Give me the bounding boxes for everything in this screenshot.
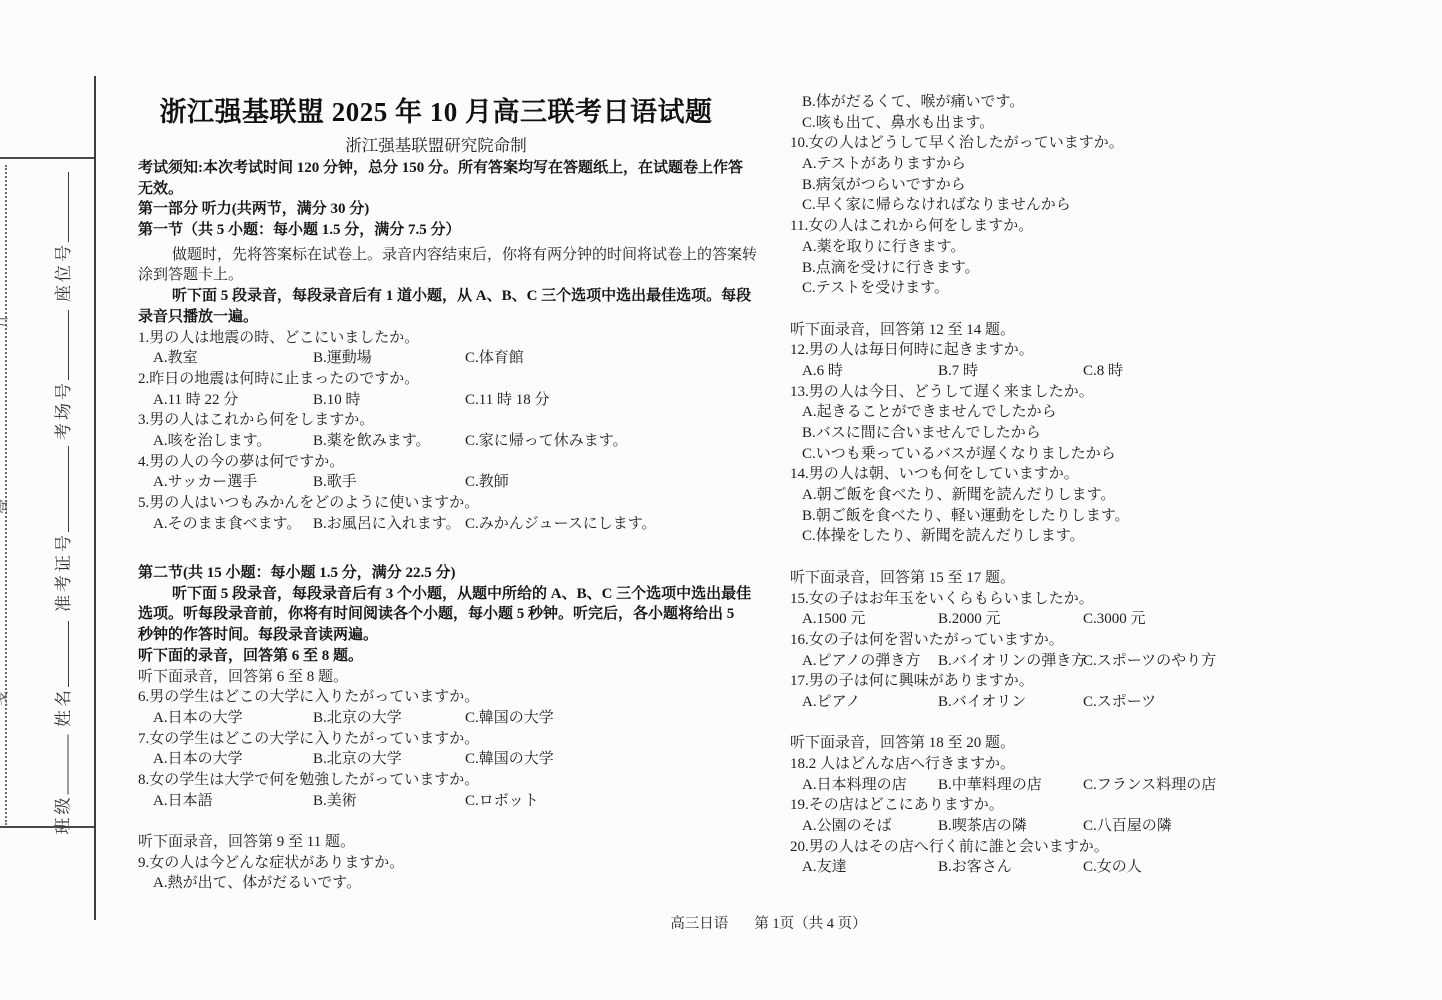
text-line: 听下面录音，回答第 12 至 14 题。 — [790, 320, 1310, 341]
option-row: A.11 時 22 分B.10 時C.11 時 18 分 — [138, 390, 742, 411]
question-line: 10.女の人はどうして早く治したがっていますか。 — [790, 133, 1310, 154]
fill-blank — [53, 621, 69, 687]
option-item: C.女の人 — [1083, 857, 1142, 878]
spacer — [790, 299, 1310, 320]
question-line: 18.2 人はどんな店へ行きますか。 — [790, 754, 1310, 775]
question-line: 15.女の子はお年玉をいくらもらいましたか。 — [790, 589, 1310, 610]
option-row: A.日本の大学B.北京の大学C.韓国の大学 — [138, 749, 742, 770]
question-line: 8.女の学生は大学で何を勉強したがっていますか。 — [138, 770, 742, 791]
seal-edge-fragment: 叠 — [0, 492, 13, 514]
seal-area-bottom-line — [0, 826, 95, 828]
option-line: C.早く家に帰らなければなりませんから — [790, 195, 1310, 216]
option-row: A.日本の大学B.北京の大学C.韓国の大学 — [138, 708, 742, 729]
option-item: C.韓国の大学 — [465, 708, 554, 729]
question-line: 1.男の人は地震の時、どこにいましたか。 — [138, 328, 742, 349]
text-line: 做题时，先将答案标在试卷上。录音内容结束后，你将有两分钟的时间将试卷上的答案转 — [138, 245, 742, 266]
heading-line: 第二节(共 15 小题：每小题 1.5 分，满分 22.5 分) — [138, 563, 742, 584]
option-line: A.朝ご飯を食べたり、新聞を読んだりします。 — [790, 485, 1310, 506]
seal-label-text: 班级 — [54, 795, 73, 835]
question-line: 3.男の人はこれから何をしますか。 — [138, 410, 742, 431]
option-item: B.バイオリンの弾き方 — [938, 651, 1086, 672]
heading-line: 秒钟的作答时间。每段录音读两遍。 — [138, 625, 742, 646]
spacer — [138, 534, 742, 555]
option-item: C.3000 元 — [1083, 609, 1146, 630]
option-item: C.8 時 — [1083, 361, 1123, 382]
option-item: B.北京の大学 — [313, 749, 402, 770]
fill-blank — [53, 735, 69, 795]
option-row: A.咳を治します。B.薬を飲みます。C.家に帰って休みます。 — [138, 431, 742, 452]
spacer — [138, 811, 742, 832]
option-item: C.スポーツ — [1083, 692, 1156, 713]
question-line: 9.女の人は今どんな症状がありますか。 — [138, 853, 742, 874]
text-line: 听下面录音，回答第 15 至 17 题。 — [790, 568, 1310, 589]
option-line: A.テストがありますから — [790, 154, 1310, 175]
option-line: A.起きることができませんでしたから — [790, 402, 1310, 423]
seal-label-room-number: 考场号 — [53, 310, 75, 440]
option-item: A.友達 — [802, 857, 847, 878]
left-column: 考试须知:本次考试时间 120 分钟，总分 150 分。所有答案均写在答题纸上，… — [138, 158, 742, 894]
heading-line: 听下面 5 段录音，每段录音后有 3 个小题，从题中所给的 A、B、C 三个选项… — [138, 584, 742, 605]
question-line: 14.男の人は朝、いつも何をしていますか。 — [790, 464, 1310, 485]
option-item: A.1500 元 — [802, 609, 865, 630]
option-line: B.点滴を受けに行きます。 — [790, 258, 1310, 279]
right-column: B.体がだるくて、喉が痛いです。C.咳も出て、鼻水も出ます。10.女の人はどうし… — [790, 92, 1310, 878]
option-row: A.公園のそばB.喫茶店の隣C.八百屋の隣 — [790, 816, 1310, 837]
seal-edge-fragment: 斤 — [0, 306, 13, 328]
option-line: C.いつも乗っているバスが遅くなりましたから — [790, 444, 1310, 465]
option-item: A.教室 — [153, 348, 198, 369]
option-item: A.そのまま食べます。 — [153, 514, 301, 535]
option-item: A.日本料理の店 — [802, 775, 907, 796]
fill-blank — [53, 310, 69, 380]
option-item: B.薬を飲みます。 — [313, 431, 431, 452]
option-item: C.スポーツのやり方 — [1083, 651, 1216, 672]
option-row: A.ピアノの弾き方B.バイオリンの弾き方C.スポーツのやり方 — [790, 651, 1310, 672]
option-line: C.テストを受けます。 — [790, 278, 1310, 299]
option-item: A.11 時 22 分 — [153, 390, 238, 411]
page-footer: 高三日语第 1页（共 4 页） — [95, 912, 1442, 933]
option-line: B.バスに間に合いませんでしたから — [790, 423, 1310, 444]
option-item: C.韓国の大学 — [465, 749, 554, 770]
spacer — [790, 547, 1310, 568]
question-line: 20.男の人はその店へ行く前に誰と会いますか。 — [790, 837, 1310, 858]
option-item: A.咳を治します。 — [153, 431, 271, 452]
heading-line: 第一节（共 5 小题：每小题 1.5 分，满分 7.5 分） — [138, 220, 742, 241]
option-row: A.1500 元B.2000 元C.3000 元 — [790, 609, 1310, 630]
question-line: 13.男の人は今日、どうして遅く来ましたか。 — [790, 382, 1310, 403]
option-item: B.中華料理の店 — [938, 775, 1042, 796]
option-item: B.7 時 — [938, 361, 978, 382]
option-item: B.お客さん — [938, 857, 1012, 878]
seal-label-admission-ticket-number: 准考证号 — [53, 444, 75, 612]
seal-label-name: 姓名 — [53, 617, 75, 727]
option-item: B.バイオリン — [938, 692, 1026, 713]
option-item: C.教師 — [465, 472, 509, 493]
option-line: B.体がだるくて、喉が痛いです。 — [790, 92, 1310, 113]
option-row: A.友達B.お客さんC.女の人 — [790, 857, 1310, 878]
seal-label-text: 考场号 — [54, 380, 73, 440]
option-item: A.日本の大学 — [153, 708, 243, 729]
heading-line: 听下面 5 段录音，每段录音后有 1 道小题，从 A、B、C 三个选项中选出最佳… — [138, 286, 742, 307]
fill-blank — [53, 446, 69, 532]
option-row: A.6 時B.7 時C.8 時 — [790, 361, 1310, 382]
option-line: C.体操をしたり、新聞を読んだりします。 — [790, 526, 1310, 547]
option-item: A.公園のそば — [802, 816, 892, 837]
option-item: C.みかんジュースにします。 — [465, 514, 657, 535]
seal-label-seat-number: 座位号 — [53, 172, 75, 302]
question-line: 12.男の人は毎日何時に起きますか。 — [790, 340, 1310, 361]
seal-label-text: 姓名 — [54, 687, 73, 727]
option-row: A.そのまま食べます。B.お風呂に入れます。C.みかんジュースにします。 — [138, 514, 742, 535]
option-item: B.北京の大学 — [313, 708, 402, 729]
option-item: C.家に帰って休みます。 — [465, 431, 628, 452]
option-item: B.10 時 — [313, 390, 361, 411]
text-line: 涂到答题卡上。 — [138, 265, 742, 286]
heading-line: 选项。听每段录音前，你将有时间阅读各个小题，每小题 5 秒钟。听完后，各小题将给… — [138, 604, 742, 625]
option-item: C.体育館 — [465, 348, 524, 369]
question-line: 17.男の子は何に興味がありますか。 — [790, 671, 1310, 692]
exam-title: 浙江强基联盟 2025 年 10 月高三联考日语试题 — [130, 90, 742, 129]
option-item: A.サッカー選手 — [153, 472, 257, 493]
option-item: C.11 時 18 分 — [465, 390, 549, 411]
option-item: B.美術 — [313, 791, 357, 812]
option-item: C.八百屋の隣 — [1083, 816, 1172, 837]
option-line: C.咳も出て、鼻水も出ます。 — [790, 113, 1310, 134]
option-row: A.サッカー選手B.歌手C.教師 — [138, 472, 742, 493]
option-line: A.熱が出て、体がだるいです。 — [138, 873, 742, 894]
option-line: B.病気がつらいですから — [790, 175, 1310, 196]
option-item: A.日本語 — [153, 791, 213, 812]
question-line: 19.その店はどこにありますか。 — [790, 795, 1310, 816]
seal-label-text: 准考证号 — [54, 532, 73, 612]
seal-edge-fragment: 戋 — [0, 684, 13, 706]
question-line: 11.女の人はこれから何をしますか。 — [790, 216, 1310, 237]
seal-label-text: 座位号 — [54, 242, 73, 302]
margin-solid-line — [94, 76, 96, 920]
question-line: 5.男の人はいつもみかんをどのように使いますか。 — [138, 493, 742, 514]
heading-line: 录音只播放一遍。 — [138, 307, 742, 328]
option-item: A.日本の大学 — [153, 749, 243, 770]
option-item: A.ピアノ — [802, 692, 860, 713]
exam-paper-page: 座位号 考场号 准考证号 姓名 班级 斤 叠 戋 浙江强基联盟 2025 年 1… — [0, 0, 1442, 1000]
option-row: A.ピアノB.バイオリンC.スポーツ — [790, 692, 1310, 713]
text-line: 听下面录音，回答第 18 至 20 题。 — [790, 733, 1310, 754]
option-row: A.日本料理の店B.中華料理の店C.フランス料理の店 — [790, 775, 1310, 796]
question-line: 2.昨日の地震は何時に止まったのですか。 — [138, 369, 742, 390]
fill-blank — [53, 172, 69, 242]
option-line: B.朝ご飯を食べたり、軽い運動をしたりします。 — [790, 506, 1310, 527]
heading-line: 无效。 — [138, 179, 742, 200]
option-row: A.日本語B.美術C.ロボット — [138, 791, 742, 812]
seal-label-class: 班级 — [53, 730, 75, 835]
option-item: A.6 時 — [802, 361, 843, 382]
option-item: B.2000 元 — [938, 609, 1001, 630]
question-line: 6.男の学生はどこの大学に入りたがっていますか。 — [138, 687, 742, 708]
text-line: 听下面录音，回答第 9 至 11 题。 — [138, 832, 742, 853]
option-item: C.ロボット — [465, 791, 539, 812]
heading-line: 听下面的录音，回答第 6 至 8 题。 — [138, 646, 742, 667]
option-item: B.歌手 — [313, 472, 357, 493]
option-item: B.運動場 — [313, 348, 372, 369]
seal-area-top-line — [0, 157, 95, 159]
option-line: A.薬を取りに行きます。 — [790, 237, 1310, 258]
spacer — [790, 713, 1310, 734]
option-row: A.教室B.運動場C.体育館 — [138, 348, 742, 369]
text-line: 听下面录音，回答第 6 至 8 题。 — [138, 667, 742, 688]
footer-course-label: 高三日语 — [670, 916, 728, 932]
option-item: B.喫茶店の隣 — [938, 816, 1027, 837]
exam-subtitle: 浙江强基联盟研究院命制 — [130, 132, 742, 156]
option-item: B.お風呂に入れます。 — [313, 514, 461, 535]
option-item: A.ピアノの弾き方 — [802, 651, 920, 672]
option-item: C.フランス料理の店 — [1083, 775, 1216, 796]
question-line: 7.女の学生はどこの大学に入りたがっていますか。 — [138, 729, 742, 750]
question-line: 16.女の子は何を習いたがっていますか。 — [790, 630, 1310, 651]
heading-line: 考试须知:本次考试时间 120 分钟，总分 150 分。所有答案均写在答题纸上，… — [138, 158, 742, 179]
question-line: 4.男の人の今の夢は何ですか。 — [138, 452, 742, 473]
heading-line: 第一部分 听力(共两节，满分 30 分) — [138, 199, 742, 220]
footer-page-number: 第 1页（共 4 页） — [754, 916, 866, 932]
